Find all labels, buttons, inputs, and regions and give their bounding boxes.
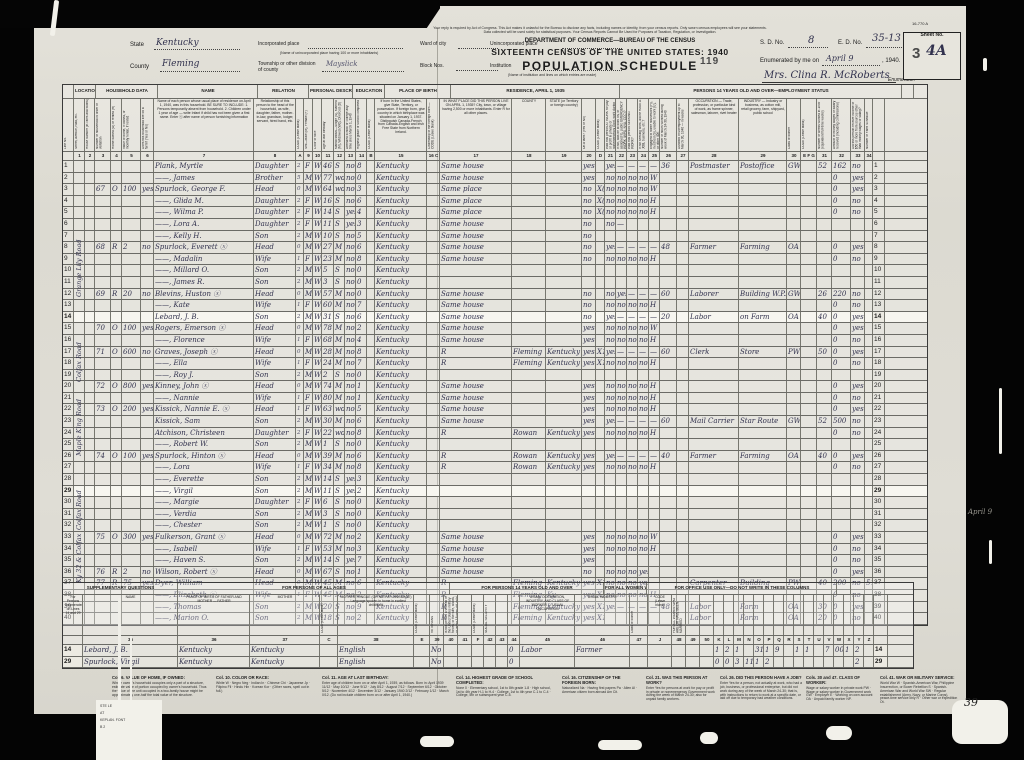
person-row: 1570O100yesRogers, Emerson ⓧHead0MW78Mno…: [63, 323, 927, 335]
cell-g: [865, 161, 873, 172]
cell-own: O: [111, 347, 122, 358]
cell-rel: Son: [254, 474, 296, 485]
cell-e1: [605, 474, 616, 485]
cell-e4: no: [638, 254, 649, 265]
cell-own: O: [111, 184, 122, 195]
cell-cod: [801, 370, 817, 381]
cell-cod: [801, 451, 817, 462]
cell-wks: [817, 404, 832, 415]
cell-hno: [85, 381, 95, 392]
cell-race: W: [313, 439, 322, 450]
cell-c: [427, 567, 440, 578]
cell-a: 2: [296, 231, 304, 242]
cell-sex: M: [304, 242, 313, 253]
col-note-rp: IN WHAT PLACE DID THIS PERSON LIVE ON AP…: [440, 99, 512, 151]
cell-wks: [817, 231, 832, 242]
cell-b: [367, 184, 375, 195]
supp-col-number: 44: [508, 636, 520, 644]
state-value: Kentucky: [156, 38, 199, 48]
cell-race: W: [313, 416, 322, 427]
cell-e3: [627, 555, 638, 566]
cell-val: [122, 439, 141, 450]
cell-e5: [649, 486, 660, 497]
instruction-body: Enter Yes for a person, not actually at …: [720, 682, 802, 702]
cell-rf: yes: [582, 347, 596, 358]
cell-e5: W: [649, 532, 660, 543]
cell-ind: Building W.P.A.: [739, 289, 787, 300]
cell-c: [427, 462, 440, 473]
supp-note-vc: CODE (Leave blank): [472, 595, 484, 635]
cell-sch: no: [345, 335, 356, 346]
line-number: 25: [873, 439, 885, 450]
cell-d: [596, 312, 605, 323]
col-note-text: Was this person SEEKING WORK?: [628, 99, 637, 149]
cell-oinc: [851, 486, 865, 497]
cell-b: [367, 312, 375, 323]
cell-pob: Kentucky: [375, 381, 427, 392]
cell-cod: [801, 289, 817, 300]
cell-hrs: 60: [660, 347, 677, 358]
cell-rel: Head: [254, 451, 296, 462]
supp-cell-o7: [784, 645, 794, 656]
supp-cell-cc: [648, 657, 672, 668]
cell-race: W: [313, 486, 322, 497]
cell-grade: 8: [356, 161, 367, 172]
cell-dur: [677, 358, 689, 369]
cell-wage: [832, 497, 851, 508]
cell-hno: [85, 265, 95, 276]
col-number: 22: [616, 152, 627, 160]
cell-b: [367, 509, 375, 520]
cell-name: ——, James: [154, 173, 254, 184]
line-number: 25: [63, 439, 74, 450]
supp-col-number: Y: [854, 636, 864, 644]
line-number: 19: [873, 370, 885, 381]
cell-oinc: no: [851, 161, 865, 172]
col-number: 14: [356, 152, 367, 160]
cell-dur: [677, 335, 689, 346]
col-note-g: Number of Farm Schedule: [865, 99, 873, 151]
cell-wks: 40: [817, 451, 832, 462]
street-name: Grange Lily Road: [75, 159, 83, 297]
cell-e5: W: [649, 173, 660, 184]
cell-grade: 8: [356, 462, 367, 473]
supp-cell-o0: 1: [714, 645, 724, 656]
supp-note-text: Is this person a veteran of the United S…: [445, 595, 457, 633]
cell-g: [865, 242, 873, 253]
film-edge-right: [966, 0, 1024, 760]
cell-ind: [739, 439, 787, 450]
cell-ind: [739, 265, 787, 276]
cell-grade: 0: [356, 289, 367, 300]
cell-rp: [440, 497, 512, 508]
supp-col-number: F: [472, 636, 484, 644]
supp-cell-ca: [320, 645, 338, 656]
cell-b: [367, 404, 375, 415]
col-number: 13: [345, 152, 356, 160]
cell-cls: [787, 358, 801, 369]
cell-wage: [832, 277, 851, 288]
cell-dur: [677, 231, 689, 242]
col-number: 32: [832, 152, 851, 160]
cell-val: [122, 509, 141, 520]
cell-rp: Same house: [440, 381, 512, 392]
cell-wks: [817, 567, 832, 578]
cell-rel: Head: [254, 242, 296, 253]
cell-oinc: [851, 231, 865, 242]
cell-val: [122, 231, 141, 242]
cell-own: [111, 520, 122, 531]
supp-note-ln: For Persons Enumerated on Lines 14 and 2…: [63, 595, 83, 635]
cell-visit: [95, 358, 111, 369]
cell-rc: [512, 231, 546, 242]
cell-e2: [616, 497, 627, 508]
supp-note-text: VETERANS: [431, 595, 443, 633]
cell-e5: [649, 370, 660, 381]
cell-d: X(W): [596, 196, 605, 207]
street-name: Ky 32 & Colfax: [75, 530, 83, 583]
col-number: 6: [141, 152, 154, 160]
cell-e3: —: [627, 289, 638, 300]
cell-c: [427, 265, 440, 276]
cell-sch: no: [345, 381, 356, 392]
instruction-body: Where owner's household occupies only a …: [112, 682, 208, 698]
cell-ind: [739, 173, 787, 184]
col-number: 34: [865, 152, 873, 160]
cell-sex: M: [304, 277, 313, 288]
cell-rf: [582, 277, 596, 288]
film-codes: STE LEATKEPLAN. FONTB 2: [100, 704, 160, 732]
film-blob-4: [826, 726, 852, 740]
line-number: 5: [63, 207, 74, 218]
cell-b: [367, 428, 375, 439]
cell-b: [367, 567, 375, 578]
cell-e4: [638, 219, 649, 230]
form-number: 16-770 A: [912, 22, 928, 27]
enumerated-label: Enumerated by me on: [760, 58, 819, 65]
cell-age: 6: [322, 497, 334, 508]
supp-cell-v3: [458, 657, 472, 668]
cell-wks: 50: [817, 347, 832, 358]
cell-rel: Head: [254, 381, 296, 392]
cell-race: W: [313, 300, 322, 311]
cell-name: ——, Verdia: [154, 509, 254, 520]
cell-g: [865, 231, 873, 242]
cell-mar: M: [334, 289, 345, 300]
col-number: 8: [254, 152, 296, 160]
cell-a: 2: [296, 161, 304, 172]
group-header: HOUSEHOLD DATA: [96, 85, 158, 98]
supp-col-number: 37: [250, 636, 320, 644]
cell-oinc: [851, 509, 865, 520]
supp-cell-cb: [414, 645, 430, 656]
cell-occ: [689, 544, 739, 555]
cell-e2: no: [616, 381, 627, 392]
line-number: 28: [873, 474, 885, 485]
cell-hrs: [660, 497, 677, 508]
instruction-body: Enter Yes for persons at work for pay or…: [646, 687, 716, 703]
cell-rel: Wife: [254, 300, 296, 311]
cell-c: [427, 300, 440, 311]
cell-sch: no: [345, 370, 356, 381]
cell-mar: S: [334, 497, 345, 508]
cell-wks: [817, 381, 832, 392]
group-header: [902, 85, 914, 98]
cell-grade: 6: [356, 196, 367, 207]
cell-e5: H: [649, 300, 660, 311]
cell-a: 2: [296, 219, 304, 230]
cell-rel: Son: [254, 555, 296, 566]
cell-cls: [787, 277, 801, 288]
cell-e4: [638, 370, 649, 381]
cell-rc: [512, 509, 546, 520]
supp-cell-s2: [496, 645, 508, 656]
cell-grade: 6: [356, 416, 367, 427]
cell-occ: [689, 370, 739, 381]
instruction-body: Enter age of children born on or after A…: [322, 682, 450, 698]
cell-age: 1: [322, 439, 334, 450]
cell-rel: Son: [254, 231, 296, 242]
col-note-text: If not, was he at work on, or assigned t…: [617, 99, 626, 149]
cell-mar: M: [334, 358, 345, 369]
line-number: 7: [873, 231, 885, 242]
cell-a: 5: [296, 173, 304, 184]
cell-rs: [546, 173, 582, 184]
cell-rp: Same place: [440, 196, 512, 207]
cell-b: [367, 289, 375, 300]
cell-e4: no: [638, 300, 649, 311]
cell-d: [596, 277, 605, 288]
cell-a: 1: [296, 300, 304, 311]
cell-e5: H: [649, 544, 660, 555]
cell-b: [367, 161, 375, 172]
cell-rf: [582, 486, 596, 497]
cell-age: 1: [322, 520, 334, 531]
cell-rel: Head: [254, 323, 296, 334]
cell-rc: [512, 370, 546, 381]
cell-race: W: [313, 323, 322, 334]
cell-mar: S: [334, 219, 345, 230]
cell-e3: [627, 277, 638, 288]
line-number: 15: [63, 323, 74, 334]
col-note-text: Does this household live on a farm? (Yes…: [142, 99, 153, 149]
cell-name: Spurlock, George F.: [154, 184, 254, 195]
cell-rs: [546, 265, 582, 276]
cell-c: [427, 358, 440, 369]
enumerator-signature: Mrs. Clina R. McRoberts: [762, 70, 896, 83]
cell-c: [427, 231, 440, 242]
cell-e2: [616, 509, 627, 520]
supp-cell-w3: [700, 657, 714, 668]
supp-note-text: CODE (Leave blank): [321, 595, 337, 633]
col-number: 17: [440, 152, 512, 160]
cell-race: W: [313, 231, 322, 242]
cell-e5: [649, 219, 660, 230]
cell-name: ——, Isabell: [154, 544, 254, 555]
cell-own: [111, 231, 122, 242]
cell-rs: [546, 219, 582, 230]
cell-cod: [801, 474, 817, 485]
cell-d: [596, 265, 605, 276]
cell-a: 1: [296, 544, 304, 555]
cell-val: 600: [122, 347, 141, 358]
supp-note-v1: VETERANS: [430, 595, 444, 635]
cell-wage: 0: [832, 196, 851, 207]
cell-hrs: 20: [660, 312, 677, 323]
supp-note-o4: [754, 595, 764, 635]
cell-b: [367, 323, 375, 334]
cell-wage: [832, 486, 851, 497]
cell-grade: 3: [356, 474, 367, 485]
sd-label: S. D. No.: [760, 40, 784, 47]
supp-cell-o6: 9: [774, 645, 784, 656]
cell-d: [596, 161, 605, 172]
cell-race: W: [313, 196, 322, 207]
cell-wks: [817, 242, 832, 253]
cell-cls: [787, 381, 801, 392]
supp-col-number: Q: [774, 636, 784, 644]
cell-cls: [787, 428, 801, 439]
cell-b: [367, 370, 375, 381]
cell-sch: no: [345, 173, 356, 184]
film-code-line: KEPLAN. FONT: [100, 718, 160, 722]
cell-rel: Son: [254, 370, 296, 381]
line-number: 5: [873, 207, 885, 218]
cell-e3: no: [627, 300, 638, 311]
cell-e4: —: [638, 416, 649, 427]
line-number: 22: [873, 404, 885, 415]
cell-wage: 0: [832, 544, 851, 555]
cell-own: [111, 254, 122, 265]
incorporated-place-label: Incorporated place: [258, 42, 299, 48]
cell-cls: [787, 231, 801, 242]
cell-ind: [739, 300, 787, 311]
supp-cell-s1: [484, 657, 496, 668]
cell-hrs: [660, 173, 677, 184]
cell-rf: yes: [582, 381, 596, 392]
cell-hrs: [660, 254, 677, 265]
cell-dur: [677, 544, 689, 555]
cell-rel: Son: [254, 265, 296, 276]
cell-val: 100: [122, 451, 141, 462]
cell-dur: [677, 312, 689, 323]
header-left-fields: State Kentucky County Fleming Incorporat…: [130, 40, 460, 90]
cell-rc: [512, 219, 546, 230]
cell-occ: Laborer: [689, 289, 739, 300]
cell-val: [122, 300, 141, 311]
cell-e1: no: [605, 254, 616, 265]
cell-hno: [85, 370, 95, 381]
line-number: 21: [63, 393, 74, 404]
cell-mar: S: [334, 486, 345, 497]
supp-cell-o9: [804, 657, 814, 668]
cell-visit: 73: [95, 404, 111, 415]
cell-cls: [787, 184, 801, 195]
cell-g: [865, 462, 873, 473]
supp-note-tongue: MOTHER TONGUE (OR NATIVE LANGUAGE) — Lan…: [338, 595, 414, 635]
township-value: Mayslick: [326, 60, 358, 68]
cell-a: 2: [296, 196, 304, 207]
cell-sch: no: [345, 520, 356, 531]
cell-sch: no: [345, 312, 356, 323]
cell-rp: Same house: [440, 416, 512, 427]
cell-rf: no: [582, 300, 596, 311]
cell-e2: —: [616, 242, 627, 253]
cell-race: W: [313, 289, 322, 300]
line-number: 4: [873, 196, 885, 207]
cell-farm: yes: [141, 381, 154, 392]
cell-occ: [689, 497, 739, 508]
supp-note-o10: [814, 595, 824, 635]
col-number: 9: [304, 152, 313, 160]
cell-pob: Kentucky: [375, 428, 427, 439]
cell-farm: [141, 358, 154, 369]
cell-a: 0: [296, 289, 304, 300]
cell-mar: S: [334, 265, 345, 276]
person-row: 868R2noSpurlock, Everett ⓧHead0MW27Mno6K…: [63, 242, 927, 254]
cell-race: W: [313, 393, 322, 404]
cell-cod: [801, 347, 817, 358]
film-code-line: AT: [100, 711, 160, 715]
cell-e4: —: [638, 347, 649, 358]
col-note-text: [874, 99, 884, 149]
cell-e5: H: [649, 196, 660, 207]
cell-e2: [616, 265, 627, 276]
person-row: 35——, Haven S.Son2MW14Syes7KentuckySame …: [63, 555, 927, 567]
col-note-hrs: Number of hours worked during week of Ma…: [660, 99, 677, 151]
cell-val: [122, 173, 141, 184]
cell-pob: Kentucky: [375, 567, 427, 578]
cell-d: [596, 219, 605, 230]
cell-name: Fulkerson, Grant ⓧ: [154, 532, 254, 543]
cell-hno: [85, 428, 95, 439]
cell-e3: no: [627, 173, 638, 184]
cell-wks: [817, 509, 832, 520]
cell-rs: [546, 532, 582, 543]
cell-e1: [605, 497, 616, 508]
cell-d: [596, 335, 605, 346]
cell-e4: no: [638, 532, 649, 543]
cell-rel: Daughter: [254, 497, 296, 508]
cell-e3: no: [627, 428, 638, 439]
line-number: 14: [874, 645, 888, 656]
cell-ind: [739, 207, 787, 218]
cell-val: [122, 416, 141, 427]
supp-col-number: 46: [575, 636, 630, 644]
cell-oinc: [851, 370, 865, 381]
cell-e4: no: [638, 173, 649, 184]
cell-rf: no: [582, 254, 596, 265]
cell-e2: [616, 439, 627, 450]
cell-sex: F: [304, 207, 313, 218]
cell-rel: Head: [254, 404, 296, 415]
line-number: 8: [873, 242, 885, 253]
line-number: 29: [873, 486, 885, 497]
cell-hrs: [660, 567, 677, 578]
supp-note-o0: [714, 595, 724, 635]
cell-dur: [677, 196, 689, 207]
cell-wage: [832, 370, 851, 381]
cell-visit: [95, 555, 111, 566]
cell-d: X(W): [596, 184, 605, 195]
cell-dur: [677, 416, 689, 427]
cell-b: [367, 335, 375, 346]
cell-c: [427, 289, 440, 300]
cell-hrs: 48: [660, 242, 677, 253]
cell-b: [367, 555, 375, 566]
col-note-text: Home owned (O) or rented (R): [112, 99, 121, 149]
cell-oinc: yes: [851, 184, 865, 195]
